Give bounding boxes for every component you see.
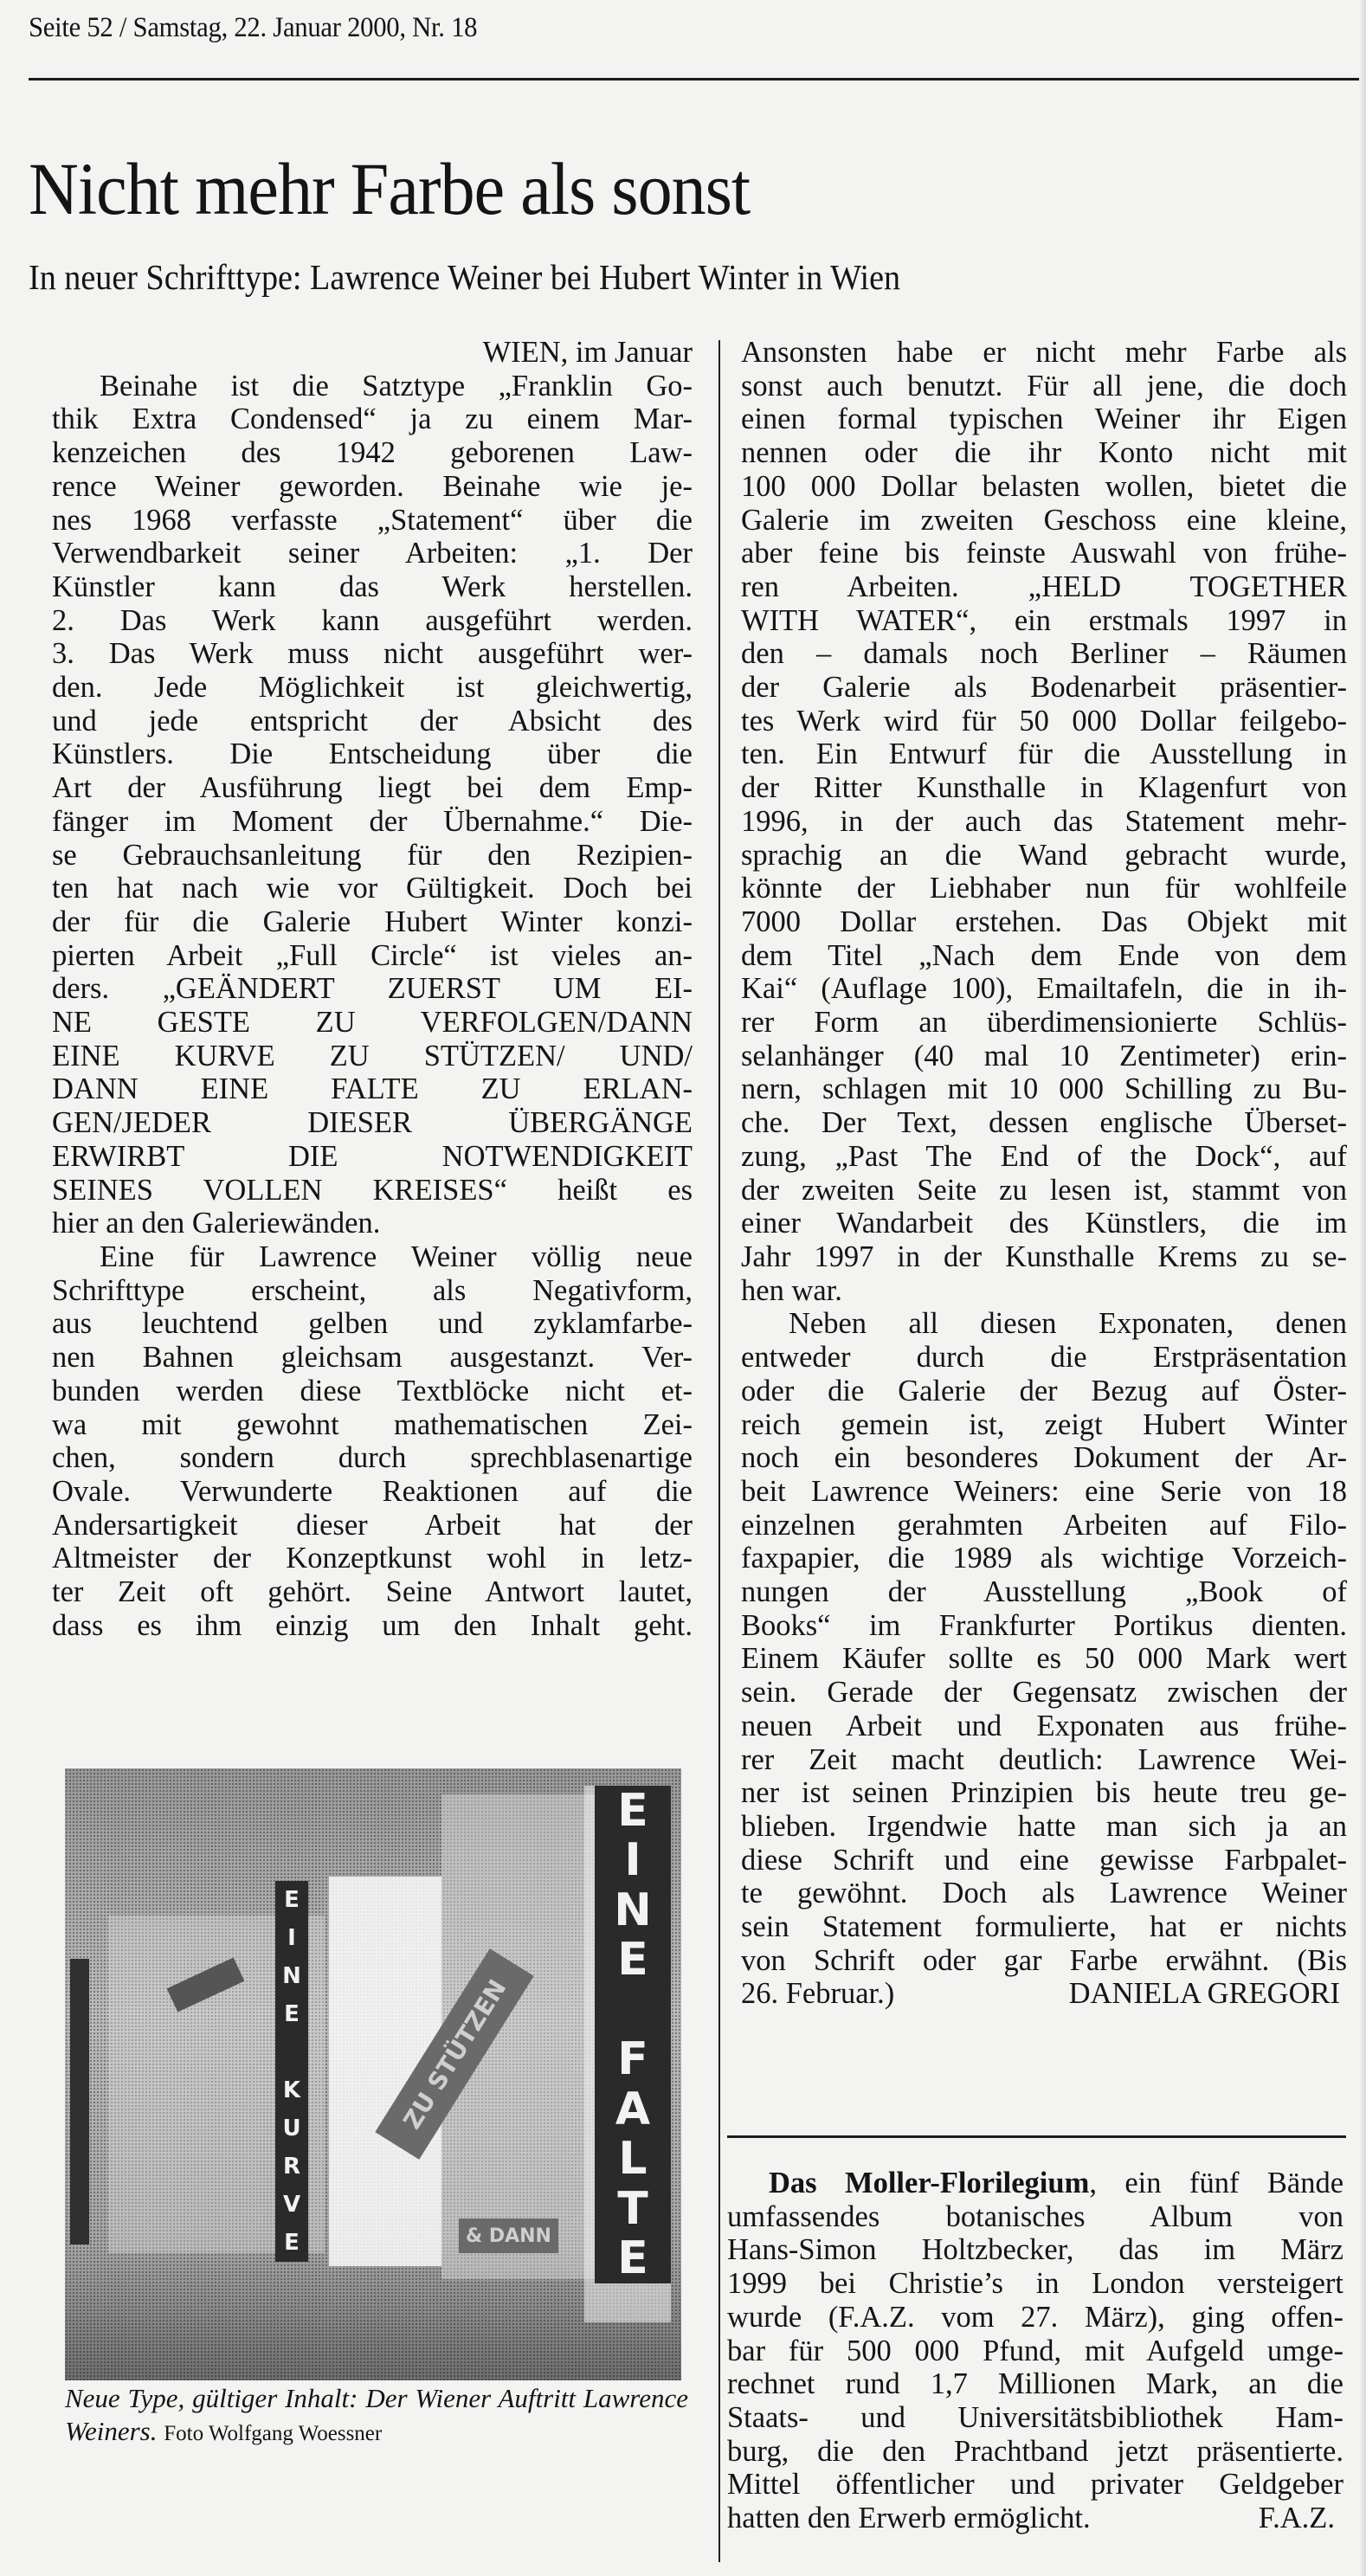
text-line: ten hat nach wie vor Gültigkeit. Doch be… <box>52 872 693 905</box>
text-line: kenzeichen des 1942 geborenen Law- <box>52 436 693 470</box>
paragraph-1: Beinahe ist die Satztype „Franklin Go-th… <box>52 370 693 1240</box>
text-line: faxpapier, die 1989 als wichtige Vorzeic… <box>741 1542 1347 1575</box>
text-line: Verwendbarkeit seiner Arbeiten: „1. Der <box>52 537 693 570</box>
text-line: bunden werden diese Textblöcke nicht et- <box>52 1375 693 1408</box>
text-line: ter Zeit oft gehört. Seine Antwort laute… <box>52 1575 693 1609</box>
text-line: tes Werk wird für 50 000 Dollar feilgebo… <box>741 705 1347 738</box>
brief-body: Das Moller-Florilegium, ein fünf Bändeum… <box>727 2167 1343 2502</box>
text-line: blieben. Irgendwie hatte man sich ja an <box>741 1810 1347 1844</box>
banner-letter: N <box>282 1965 301 1987</box>
banner-letter: V <box>283 2193 300 2216</box>
text-line: EINE KURVE ZU STÜTZEN/ UND/ <box>52 1040 693 1073</box>
text-line: der für die Galerie Hubert Winter konzi- <box>52 905 693 939</box>
brief-signature: F.A.Z. <box>1259 2502 1343 2535</box>
text-line: 1999 bei Christie’s in London versteiger… <box>727 2267 1343 2301</box>
text-line: se Gebrauchsanleitung für den Rezipien- <box>52 839 693 873</box>
paragraph-3: Ansonsten habe er nicht mehr Farbe alsso… <box>741 336 1347 1307</box>
text-line: Ovale. Verwunderte Reaktionen auf die <box>52 1475 693 1509</box>
headline: Nicht mehr Farbe als sonst <box>29 145 750 232</box>
text-line: dem Titel „Nach dem Ende von dem <box>741 939 1347 973</box>
text-line: ren Arbeiten. „HELD TOGETHER <box>741 570 1347 604</box>
text-line: sonst auch benutzt. Für all jene, die do… <box>741 370 1347 403</box>
text-line: reich gemein ist, zeigt Hubert Winter <box>741 1408 1347 1442</box>
banner-letter: E <box>284 2003 300 2025</box>
text-line: burg, die den Prachtband jetzt präsentie… <box>727 2435 1343 2469</box>
text-line: rer Zeit macht deutlich: Lawrence Wei- <box>741 1743 1347 1777</box>
text-line: dass es ihm einzig um den Inhalt geht. <box>52 1609 693 1643</box>
banner-letter: L <box>618 2136 647 2181</box>
banner-letter: R <box>283 2155 300 2178</box>
text-line: diese Schrift und eine gewisse Farbpalet… <box>741 1844 1347 1877</box>
text-line: Schrifttype erscheint, als Negativform, <box>52 1274 693 1308</box>
page-header: Seite 52 / Samstag, 22. Januar 2000, Nr.… <box>29 12 477 44</box>
text-line: einen formal typischen Weiner ihr Eigen <box>741 402 1347 436</box>
text-line: selanhänger (40 mal 10 Zentimeter) erin- <box>741 1040 1347 1073</box>
text-line: Das Moller-Florilegium, ein fünf Bände <box>727 2167 1343 2200</box>
banner-letter: K <box>283 2079 300 2102</box>
banner-letter: E <box>617 1788 648 1833</box>
banner-letter: T <box>617 2186 648 2231</box>
text-line: den. Jede Möglichkeit ist gleichwertig, <box>52 671 693 705</box>
scan-edge <box>1359 0 1366 2576</box>
text-line: nen Bahnen gleichsam ausgestanzt. Ver- <box>52 1341 693 1375</box>
text-line: sein. Gerade der Gegensatz zwischen der <box>741 1676 1347 1710</box>
banner-letter: N <box>614 1888 652 1933</box>
text-line: 7000 Dollar erstehen. Das Objekt mit <box>741 905 1347 939</box>
text-line: Hans-Simon Holtzbecker, das im März <box>727 2233 1343 2267</box>
text-line: Andersartigkeit dieser Arbeit hat der <box>52 1509 693 1542</box>
text-line: rer Form an überdimensionierte Schlüs- <box>741 1006 1347 1040</box>
brief-last-row: hatten den Erwerb ermöglicht. F.A.Z. <box>727 2502 1343 2535</box>
banner-letter <box>625 1987 641 2032</box>
text-line: Art der Ausführung liegt bei dem Emp- <box>52 771 693 805</box>
text-line: rechnet rund 1,7 Millionen Mark, an die <box>727 2367 1343 2401</box>
text-line: Einem Käufer sollte es 50 000 Mark wert <box>741 1642 1347 1676</box>
text-line: 100 000 Dollar belasten wollen, bietet d… <box>741 470 1347 504</box>
text-line: den – damals noch Berliner – Räumen <box>741 637 1347 671</box>
banner-letter: U <box>282 2117 300 2140</box>
banner-eine-falte: EINE FALTE <box>595 1786 671 2283</box>
text-line: Altmeister der Konzeptkunst wohl in letz… <box>52 1542 693 1575</box>
banner-letter: A <box>615 2087 650 2132</box>
banner-letter <box>287 2041 295 2064</box>
text-line: oder die Galerie der Bezug auf Öster- <box>741 1375 1347 1408</box>
text-line: ner ist seinen Prinzipien bis heute treu… <box>741 1776 1347 1810</box>
text-line: Galerie im zweiten Geschoss eine kleine, <box>741 504 1347 538</box>
text-line: ten. Ein Entwurf für die Ausstellung in <box>741 737 1347 771</box>
text-line: Beinahe ist die Satztype „Franklin Go- <box>52 370 693 403</box>
text-line: Neben all diesen Exponaten, denen <box>741 1307 1347 1341</box>
text-line: beit Lawrence Weiners: eine Serie von 18 <box>741 1475 1347 1509</box>
banner-letter: I <box>287 1927 296 1949</box>
text-line: 3. Das Werk muss nicht ausgeführt wer- <box>52 637 693 671</box>
brief-lead: Das Moller-Florilegium <box>769 2167 1089 2199</box>
text-line: einer Wandarbeit des Künstlers, die im <box>741 1207 1347 1240</box>
subtitle: In neuer Schrifttype: Lawrence Weiner be… <box>29 256 900 298</box>
banner-letter: E <box>284 2231 300 2254</box>
text-line: könnte der Liebhaber nun für wohlfeile <box>741 872 1347 905</box>
text-line: Mittel öffentlicher und privater Geldgeb… <box>727 2468 1343 2502</box>
banner-letter: E <box>617 2236 648 2281</box>
text-line: noch ein besonderes Dokument der Ar- <box>741 1441 1347 1475</box>
text-line: thik Extra Condensed“ ja zu einem Mar- <box>52 402 693 436</box>
text-line: Kai“ (Auflage 100), Emailtafeln, die in … <box>741 972 1347 1006</box>
text-line: Künstlers. Die Entscheidung über die <box>52 737 693 771</box>
text-line: GEN/JEDER DIESER ÜBERGÄNGE <box>52 1106 693 1140</box>
text-line: ders. „GEÄNDERT ZUERST UM EI- <box>52 972 693 1006</box>
text-line: bar für 500 000 Pfund, mit Aufgeld umge- <box>727 2334 1343 2368</box>
text-line: 2. Das Werk kann ausgeführt werden. <box>52 604 693 638</box>
photo-far-banner <box>70 1959 89 2244</box>
exhibition-photo: EINE KURVE EINE FALTE ZU STÜTZEN & DANN <box>65 1768 681 2380</box>
paragraph-2: Eine für Lawrence Weiner völlig neueSchr… <box>52 1240 693 1642</box>
text-line: sprachig an die Wand gebracht wurde, <box>741 839 1347 873</box>
banner-letter: F <box>617 2037 648 2082</box>
text-line: DANN EINE FALTE ZU ERLAN- <box>52 1072 693 1106</box>
text-line: Books“ im Frankfurter Portikus dienten. <box>741 1609 1347 1643</box>
text-line: hen war. <box>741 1274 1347 1308</box>
text-line: der zweiten Seite zu lesen ist, stammt v… <box>741 1174 1347 1207</box>
text-line: von Schrift oder gar Farbe erwähnt. (Bis <box>741 1944 1347 1978</box>
text-line: aus leuchtend gelben und zyklamfarbe- <box>52 1307 693 1341</box>
text-line: wurde (F.A.Z. vom 27. März), ging offen- <box>727 2301 1343 2334</box>
text-line: NE GESTE ZU VERFOLGEN/DANN <box>52 1006 693 1040</box>
text-line: hier an den Galeriewänden. <box>52 1207 693 1240</box>
closing-fragment: 26. Februar.) <box>741 1977 894 2011</box>
banner-letter: E <box>617 1937 648 1982</box>
text-line: nern, schlagen mit 10 000 Schilling zu B… <box>741 1072 1347 1106</box>
text-line: chen, sondern durch sprechblasenartige <box>52 1441 693 1475</box>
text-line: nennen oder die ihr Konto nicht mit <box>741 436 1347 470</box>
text-line: einzelnen gerahmten Arbeiten auf Filo- <box>741 1509 1347 1542</box>
text-line: pierten Arbeit „Full Circle“ ist vieles … <box>52 939 693 973</box>
text-line: Jahr 1997 in der Kunsthalle Krems zu se- <box>741 1240 1347 1274</box>
text-line: zung, „Past The End of the Dock“, auf <box>741 1140 1347 1174</box>
article-left-column: WIEN, im Januar Beinahe ist die Satztype… <box>52 336 693 1642</box>
text-line: neuen Arbeit und Exponaten aus frühe- <box>741 1710 1347 1743</box>
text-line: SEINES VOLLEN KREISES“ heißt es <box>52 1174 693 1207</box>
text-line: sein Statement formulierte, hat er nicht… <box>741 1910 1347 1944</box>
text-line: te gewöhnt. Doch als Lawrence Weiner <box>741 1877 1347 1910</box>
brief-moller-florilegium: Das Moller-Florilegium, ein fünf Bändeum… <box>727 2167 1343 2535</box>
text-line: wa mit gewohnt mathematischen Zei- <box>52 1408 693 1442</box>
text-line: 1996, in der auch das Statement mehr- <box>741 805 1347 839</box>
article-right-column: Ansonsten habe er nicht mehr Farbe alsso… <box>741 336 1347 2011</box>
bottom-sign: & DANN <box>459 2219 558 2253</box>
text-line: und jede entspricht der Absicht des <box>52 705 693 738</box>
banner-letter: I <box>624 1838 641 1883</box>
text-line: rence Weiner geworden. Beinahe wie je- <box>52 470 693 504</box>
text-line: ERWIRBT DIE NOTWENDIGKEIT <box>52 1140 693 1174</box>
author-byline: DANIELA GREGORI <box>1069 1977 1347 2011</box>
banner-eine-kurve: EINE KURVE <box>275 1881 308 2262</box>
column-divider <box>718 340 720 2562</box>
text-line: Ansonsten habe er nicht mehr Farbe als <box>741 336 1347 370</box>
photo-credit: Foto Wolfgang Woessner <box>164 2422 382 2445</box>
text-line: entweder durch die Erstpräsentation <box>741 1341 1347 1375</box>
text-line: fänger im Moment der Übernahme.“ Die- <box>52 805 693 839</box>
photo-caption: Neue Type, gültiger Inhalt: Der Wiener A… <box>65 2382 688 2450</box>
text-line: aber feine bis feinste Auswahl von frühe… <box>741 537 1347 570</box>
text-line: nungen der Ausstellung „Book of <box>741 1575 1347 1609</box>
text-line: der Ritter Kunsthalle in Klagenfurt von <box>741 771 1347 805</box>
paragraph-4: Neben all diesen Exponaten, denenentwede… <box>741 1307 1347 1977</box>
text-line: umfassendes botanisches Album von <box>727 2200 1343 2234</box>
top-rule <box>29 78 1366 80</box>
text-line: der Galerie als Bodenarbeit präsentier- <box>741 671 1347 705</box>
text-line: nes 1968 verfasste „Statement“ über die <box>52 504 693 538</box>
text-line: Staats- und Universitätsbibliothek Ham- <box>727 2401 1343 2435</box>
text-line: che. Der Text, dessen englische Überset- <box>741 1106 1347 1140</box>
brief-last-line: hatten den Erwerb ermöglicht. <box>727 2502 1091 2535</box>
text-line: Eine für Lawrence Weiner völlig neue <box>52 1240 693 1274</box>
text-line: WITH WATER“, ein erstmals 1997 in <box>741 604 1347 638</box>
section-rule <box>727 2135 1346 2138</box>
banner-letter: E <box>284 1889 300 1911</box>
byline-row: 26. Februar.) DANIELA GREGORI <box>741 1977 1347 2011</box>
dateline: WIEN, im Januar <box>52 336 693 370</box>
text-line: Künstler kann das Werk herstellen. <box>52 570 693 604</box>
